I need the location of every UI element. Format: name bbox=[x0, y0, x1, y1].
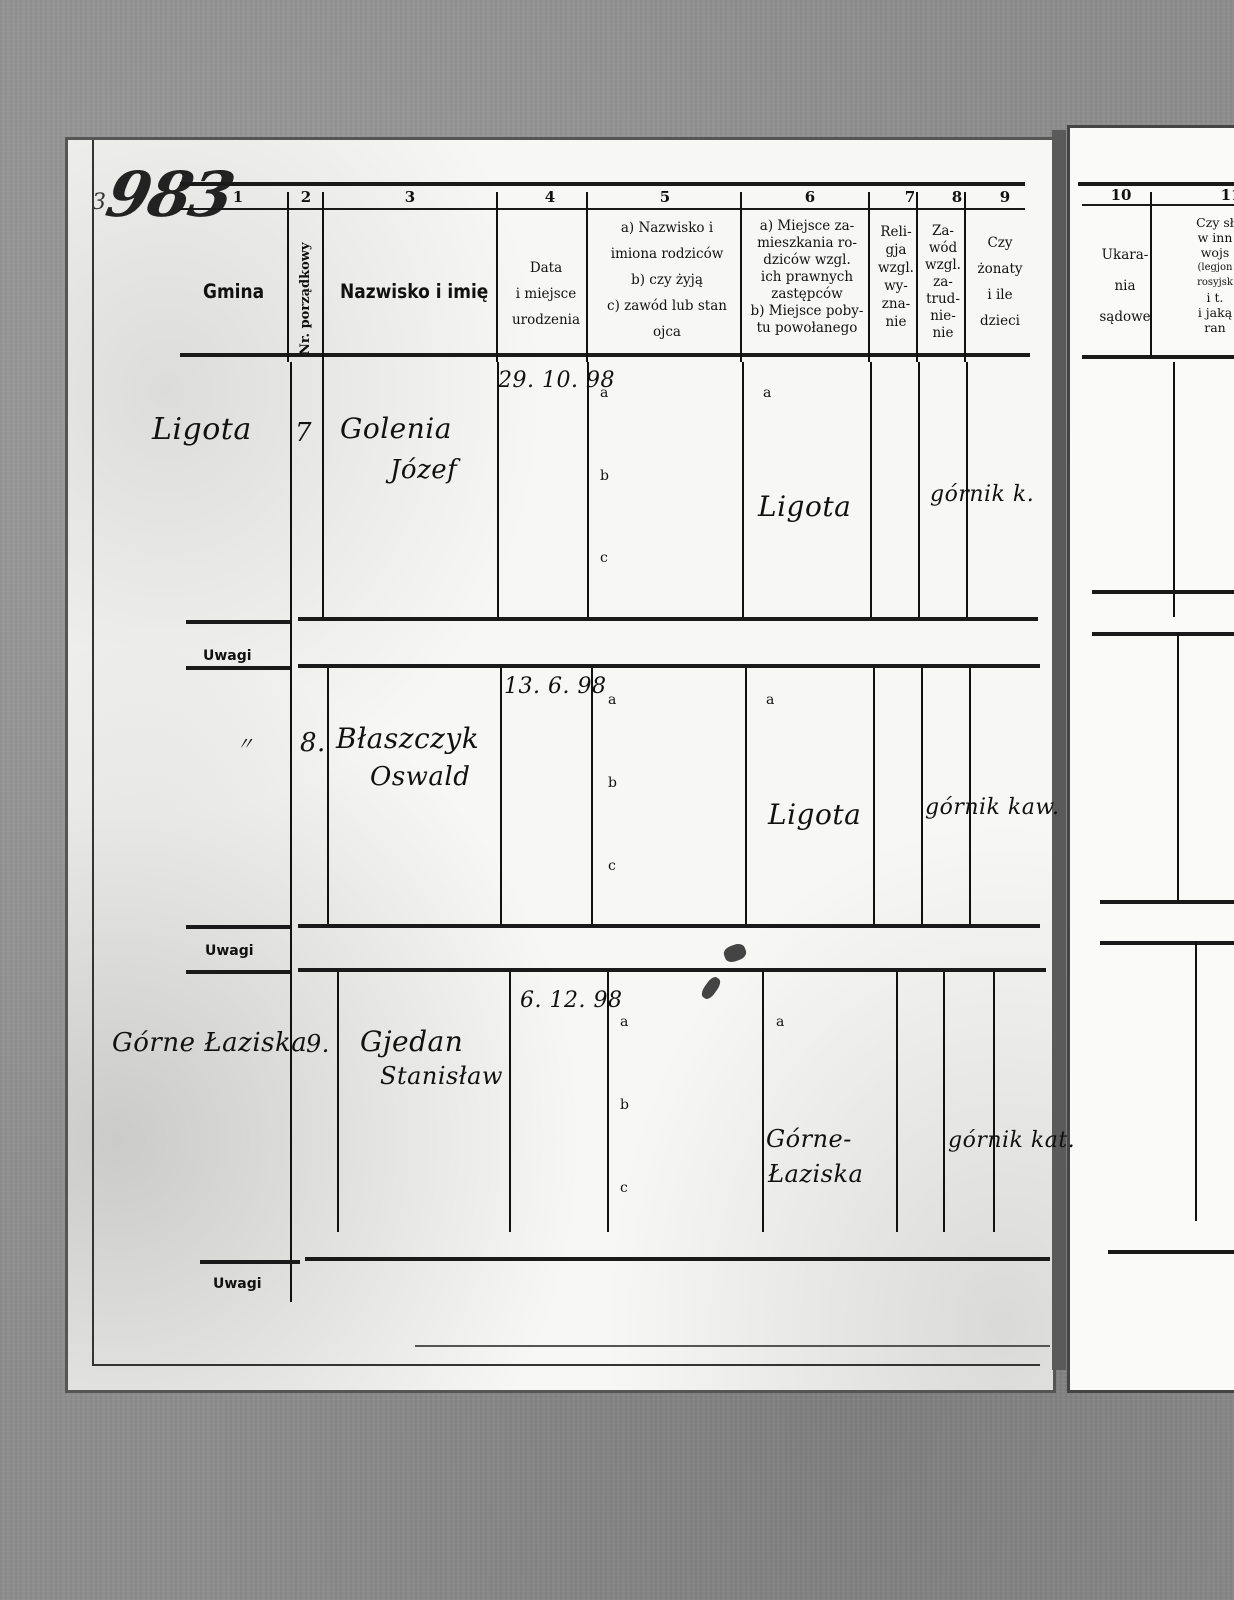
right-header-number-rule bbox=[1082, 204, 1234, 206]
entry-gmina: Górne Łaziska bbox=[112, 1028, 307, 1058]
col-5-label: a) Nazwisko i imiona rodziców b) czy żyj… bbox=[592, 215, 742, 345]
uwagi-rule bbox=[298, 664, 1040, 668]
col-9-label: Czy żonaty i ile dzieci bbox=[968, 230, 1032, 334]
col-9-number: 9 bbox=[995, 188, 1015, 206]
row-divider bbox=[870, 362, 872, 617]
right-header-top-rule bbox=[1078, 182, 1234, 186]
entry-given-name: Stanisław bbox=[380, 1062, 503, 1090]
row-divider bbox=[742, 362, 744, 617]
sub-label-a: a bbox=[620, 1014, 628, 1030]
page-number: 983 bbox=[100, 158, 239, 231]
row-divider bbox=[745, 668, 747, 926]
entry-nr: 9. bbox=[306, 1030, 330, 1058]
row-divider bbox=[918, 362, 920, 617]
entry-surname: Błaszczyk bbox=[336, 722, 479, 755]
col-4-label: Data i miejsce urodzenia bbox=[500, 255, 592, 333]
entry-occupation: górnik kat. bbox=[948, 1128, 1075, 1153]
col-6-label: a) Miejsce za- mieszkania ro- dziców wzg… bbox=[742, 218, 872, 337]
col-6-number: 6 bbox=[800, 188, 820, 206]
col-5-number: 5 bbox=[655, 188, 675, 206]
uwagi-rule bbox=[186, 925, 290, 929]
entry-gmina-ditto: 〃 bbox=[236, 730, 255, 756]
sub-label-a: a bbox=[608, 692, 616, 708]
sub-label-c: c bbox=[620, 1180, 628, 1196]
entry-given-name: Oswald bbox=[370, 762, 470, 792]
entry-occupation: górnik k. bbox=[930, 482, 1034, 507]
uwagi-rule bbox=[298, 924, 1040, 928]
row-divider bbox=[497, 362, 499, 617]
entry-residence: Ligota bbox=[758, 490, 851, 523]
row-divider bbox=[1177, 632, 1179, 902]
right-header-bottom-rule bbox=[1082, 355, 1234, 359]
col-7-label: Reli- gja wzgl. wy- zna- nie bbox=[874, 223, 918, 331]
row-divider bbox=[762, 972, 764, 1232]
header-divider bbox=[496, 192, 498, 362]
book-spine bbox=[1052, 130, 1066, 1370]
header-divider bbox=[868, 192, 870, 362]
entry-birth-date: 29. 10. 98 bbox=[498, 368, 615, 393]
entry-occupation: górnik kaw. bbox=[925, 795, 1060, 820]
row-divider bbox=[500, 668, 502, 926]
row-divider bbox=[322, 362, 324, 617]
sub-label-b: b bbox=[608, 775, 617, 791]
right-uwagi-rule bbox=[1100, 941, 1234, 945]
sub-label-c: c bbox=[608, 858, 616, 874]
col-3-number: 3 bbox=[400, 188, 420, 206]
header-divider bbox=[916, 192, 918, 362]
uwagi-rule bbox=[186, 666, 290, 670]
uwagi-rule bbox=[305, 1257, 1050, 1261]
col-11-number: 11 bbox=[1216, 186, 1234, 204]
row-divider bbox=[1173, 362, 1175, 617]
right-uwagi-rule bbox=[1092, 590, 1234, 594]
row-divider bbox=[896, 972, 898, 1232]
entry-residence-line1: Górne- bbox=[766, 1125, 852, 1153]
remarks-label: Uwagi bbox=[213, 1276, 262, 1292]
uwagi-rule bbox=[200, 1260, 300, 1264]
entry-surname: Gjedan bbox=[360, 1025, 463, 1058]
remarks-label: Uwagi bbox=[203, 648, 252, 664]
sub-label-a: a bbox=[763, 385, 771, 401]
header-divider bbox=[287, 192, 289, 362]
right-uwagi-rule bbox=[1108, 1250, 1234, 1254]
col-3-label-name: Nazwisko i imię bbox=[340, 281, 488, 304]
entry-birth-date: 6. 12. 98 bbox=[520, 988, 622, 1013]
entry-birth-date: 13. 6. 98 bbox=[504, 674, 606, 699]
header-top-rule bbox=[180, 182, 1025, 186]
remarks-label: Uwagi bbox=[205, 943, 254, 959]
sub-label-a: a bbox=[776, 1014, 784, 1030]
entry-nr: 7 bbox=[295, 418, 312, 448]
col-10-label: Ukara- nia sądowe bbox=[1085, 240, 1165, 333]
row-divider bbox=[337, 972, 339, 1232]
row-divider bbox=[1195, 941, 1197, 1221]
faint-rule bbox=[415, 1345, 1050, 1347]
uwagi-rule bbox=[298, 617, 1038, 621]
uwagi-rule bbox=[186, 620, 290, 624]
col-2-number: 2 bbox=[296, 188, 316, 206]
col-2-label-nr: Nr. porządkowy bbox=[298, 242, 313, 355]
row-divider bbox=[591, 668, 593, 926]
right-uwagi-rule bbox=[1092, 632, 1234, 636]
col-1-number: 1 bbox=[228, 188, 248, 206]
header-number-rule bbox=[180, 208, 1025, 210]
sub-label-a: a bbox=[766, 692, 774, 708]
header-divider bbox=[322, 192, 324, 362]
col-4-number: 4 bbox=[540, 188, 560, 206]
col-1-label-gmina: Gmina bbox=[203, 281, 264, 304]
row-divider bbox=[327, 668, 329, 926]
row-divider bbox=[587, 362, 589, 617]
entry-nr: 8. bbox=[300, 728, 326, 758]
col-8-label: Za- wód wzgl. za- trud- nie- nie bbox=[920, 223, 966, 342]
header-divider bbox=[740, 192, 742, 362]
col-11-label: Czy sł w inn wojs (legjon rosyjsk i t. i… bbox=[1180, 215, 1234, 335]
col-10-number: 10 bbox=[1106, 186, 1136, 204]
entry-residence: Ligota bbox=[768, 798, 861, 831]
entry-gmina: Ligota bbox=[152, 412, 252, 447]
row-divider bbox=[921, 668, 923, 926]
right-uwagi-rule bbox=[1100, 900, 1234, 904]
sub-label-c: c bbox=[600, 550, 608, 566]
row-divider bbox=[873, 668, 875, 926]
gmina-nr-divider bbox=[290, 362, 292, 1302]
header-divider bbox=[586, 192, 588, 362]
header-divider bbox=[1150, 192, 1152, 357]
uwagi-rule bbox=[186, 970, 290, 974]
entry-surname: Golenia bbox=[340, 412, 452, 445]
sub-label-a: a bbox=[600, 385, 608, 401]
row-divider bbox=[509, 972, 511, 1232]
row-divider bbox=[993, 972, 995, 1232]
row-divider bbox=[943, 972, 945, 1232]
sub-label-b: b bbox=[600, 468, 609, 484]
sub-label-b: b bbox=[620, 1097, 629, 1113]
entry-given-name: Józef bbox=[390, 455, 457, 485]
header-divider bbox=[964, 192, 966, 362]
entry-residence-line2: Łaziska bbox=[768, 1160, 863, 1188]
uwagi-rule bbox=[298, 968, 1046, 972]
